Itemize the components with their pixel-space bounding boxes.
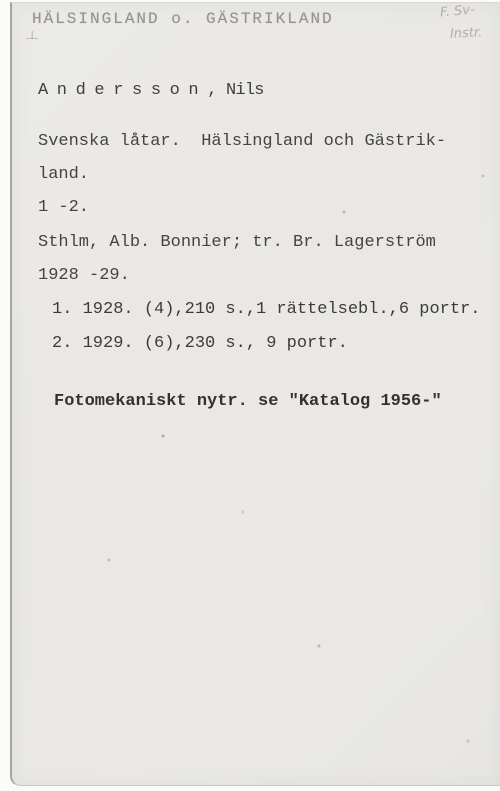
catalog-card: HÄLSINGLAND o. GÄSTRIKLAND F. Sv- Instr.… xyxy=(10,2,500,786)
pencil-annotation-line-2: Instr. xyxy=(450,25,483,42)
pencil-mark xyxy=(26,31,38,39)
imprint-line-1: Sthlm, Alb. Bonnier; tr. Br. Lagerström xyxy=(38,233,436,253)
catalog-card-scan: HÄLSINGLAND o. GÄSTRIKLAND F. Sv- Instr.… xyxy=(0,0,500,791)
title-line-2: land. xyxy=(38,165,89,185)
author-heading: A n d e r s s o n , Nils xyxy=(38,81,264,101)
imprint-line-2: 1928 -29. xyxy=(38,266,130,286)
reprint-note: Fotomekaniskt nytr. se "Katalog 1956-" xyxy=(54,392,442,412)
volume-entry-2: 2. 1929. (6),230 s., 9 portr. xyxy=(52,334,348,354)
pencil-annotation-line-1: F. Sv- xyxy=(439,3,475,21)
region-heading: HÄLSINGLAND o. GÄSTRIKLAND xyxy=(32,9,334,29)
title-line-1: Svenska låtar. Hälsingland och Gästrik- xyxy=(38,132,446,152)
volumes-statement: 1 -2. xyxy=(38,198,89,218)
paper-speckles xyxy=(12,3,14,5)
volume-entry-1: 1. 1928. (4),210 s.,1 rättelsebl.,6 port… xyxy=(52,300,480,320)
